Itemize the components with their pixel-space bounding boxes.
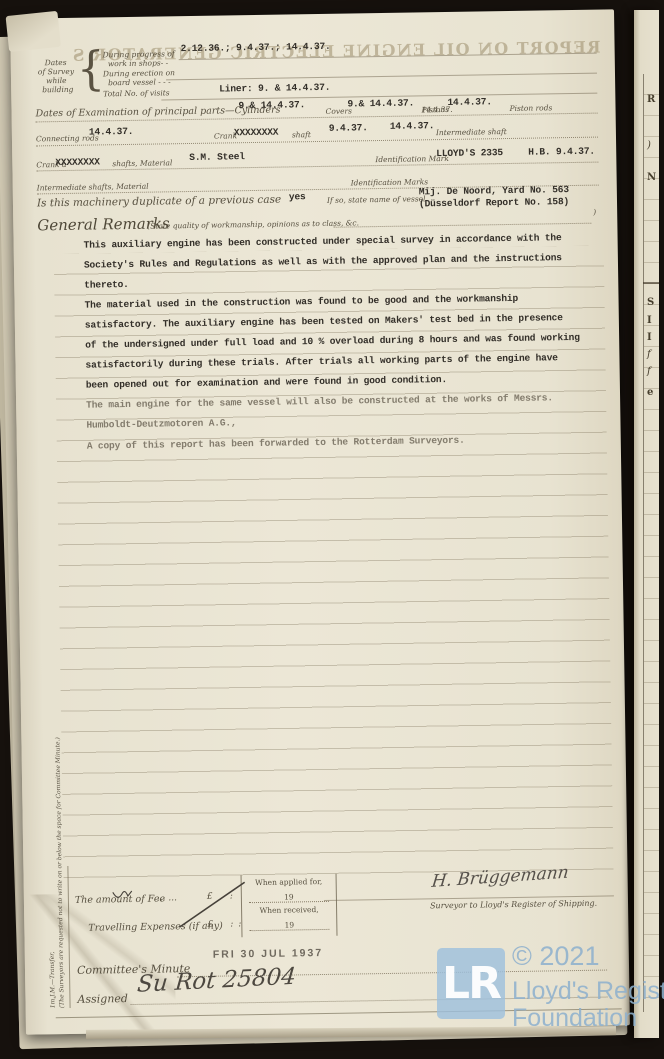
identification-marks-label: Identification Marks <box>351 177 429 187</box>
margin-imprint: 1m,J.M.—Transfer, <box>49 952 57 1009</box>
duplicate-vessel-report: (Düsseldorf Report No. 158) <box>419 196 569 209</box>
covers-value: 9.& 14.4.37. <box>347 97 414 109</box>
sliver-heavy-rule <box>643 282 659 284</box>
remarks-line: Humboldt-Deutzmotoren A.G., <box>86 417 236 430</box>
connecting-rods-value: 14.4.37. <box>89 126 134 138</box>
sliver-text-fragment: e <box>647 387 653 398</box>
sliver-text-fragment: ) <box>647 140 651 151</box>
scanned-document-view: { "top": { "bleedthrough": "REPORT ON OI… <box>0 0 664 1059</box>
surveyor-title: Surveyor to Lloyd's Register of Shipping… <box>430 899 597 911</box>
pen-strike-marks <box>103 860 274 943</box>
general-remarks-rule <box>333 223 591 228</box>
crank-strikeout: XXXXXXXX <box>234 127 279 139</box>
pistons-label-text: Pistons <box>421 105 449 114</box>
sliver-text-fragment: f <box>647 366 651 377</box>
survey-label-1: Dates <box>45 58 67 67</box>
sliver-text-fragment: S <box>647 297 654 308</box>
identification-mark-value-2: H.B. 9.4.37. <box>528 146 595 158</box>
lloyds-register-logo: LR <box>437 948 505 1019</box>
crank-date-1: 9.4.37. <box>329 122 368 134</box>
crank-date-2: 14.4.37. <box>390 120 435 132</box>
intermediate-material-label: Intermediate shafts, Material <box>37 182 149 193</box>
sliver-vertical-rule <box>643 74 644 1012</box>
sliver-text-fragment: N <box>647 172 656 183</box>
remarks-line: thereto. <box>84 279 129 291</box>
survey-row3-label: Total No. of visits <box>103 88 169 98</box>
watermark-org-line2: Foundation <box>512 1004 637 1033</box>
survey-label-2: of Survey <box>38 67 74 77</box>
crank-material-label-2: shafts, Material <box>112 158 172 168</box>
exam-line2-rule <box>36 137 598 147</box>
identification-mark-value: LLOYD'S 2335 <box>436 147 503 159</box>
pistons-value: 14.4.37. <box>447 96 492 108</box>
intermediate-shaft-label: Intermediate shaft <box>436 127 507 137</box>
sliver-text-fragment: R <box>647 94 655 105</box>
survey-label-3: while <box>46 76 67 85</box>
sliver-text-fragment: I <box>647 332 652 343</box>
sliver-text-fragment: f <box>647 349 651 360</box>
survey-brace: { <box>76 42 105 96</box>
watermark-copyright: © 2021 <box>512 941 599 972</box>
survey-visit-dates: 2.12.36.; 9.4.37.; 14.4.37. <box>180 41 330 54</box>
duplicate-vessel-label: If so, state name of vessel <box>327 194 426 205</box>
general-remarks-close-paren: ) <box>593 208 596 217</box>
shaft-label: shaft <box>292 130 311 139</box>
watermark-org-line1: Lloyd's Register <box>512 977 664 1006</box>
crank-material-strikeout: XXXXXXXX <box>55 156 100 168</box>
assigned-label: Assigned <box>77 992 128 1006</box>
report-page: REPORT ON OIL ENGINE ELECTRIC GENERATOR … <box>10 9 630 1034</box>
survey-row2-rule <box>166 73 597 81</box>
piston-rods-label: Piston rods <box>509 103 552 113</box>
survey-row2-label-b: board vessel - - - <box>108 77 171 87</box>
duplicate-answer: yes <box>289 191 306 202</box>
page-corner-fold <box>6 11 61 52</box>
sliver-text-fragment: I <box>647 315 652 326</box>
general-remarks-sublabel: (State quality of workmanship, opinions … <box>147 218 359 230</box>
cylinders-value: 9.& 14.4.37. <box>238 99 305 111</box>
survey-row1-label-b: work in shops- - <box>108 58 168 68</box>
duplicate-question-label: Is this machinery duplicate of a previou… <box>37 194 281 210</box>
sliver-ruled-lines <box>644 74 659 1014</box>
crank-material-value: S.M. Steel <box>189 151 245 163</box>
liner-dates: Liner: 9. & 14.4.37. <box>219 82 330 95</box>
survey-label-4: building <box>42 85 73 94</box>
adjacent-page-sliver: R ) N S I I f f e <box>634 10 659 1038</box>
date-received-stamp: FRI 30 JUL 1937 <box>213 947 324 961</box>
